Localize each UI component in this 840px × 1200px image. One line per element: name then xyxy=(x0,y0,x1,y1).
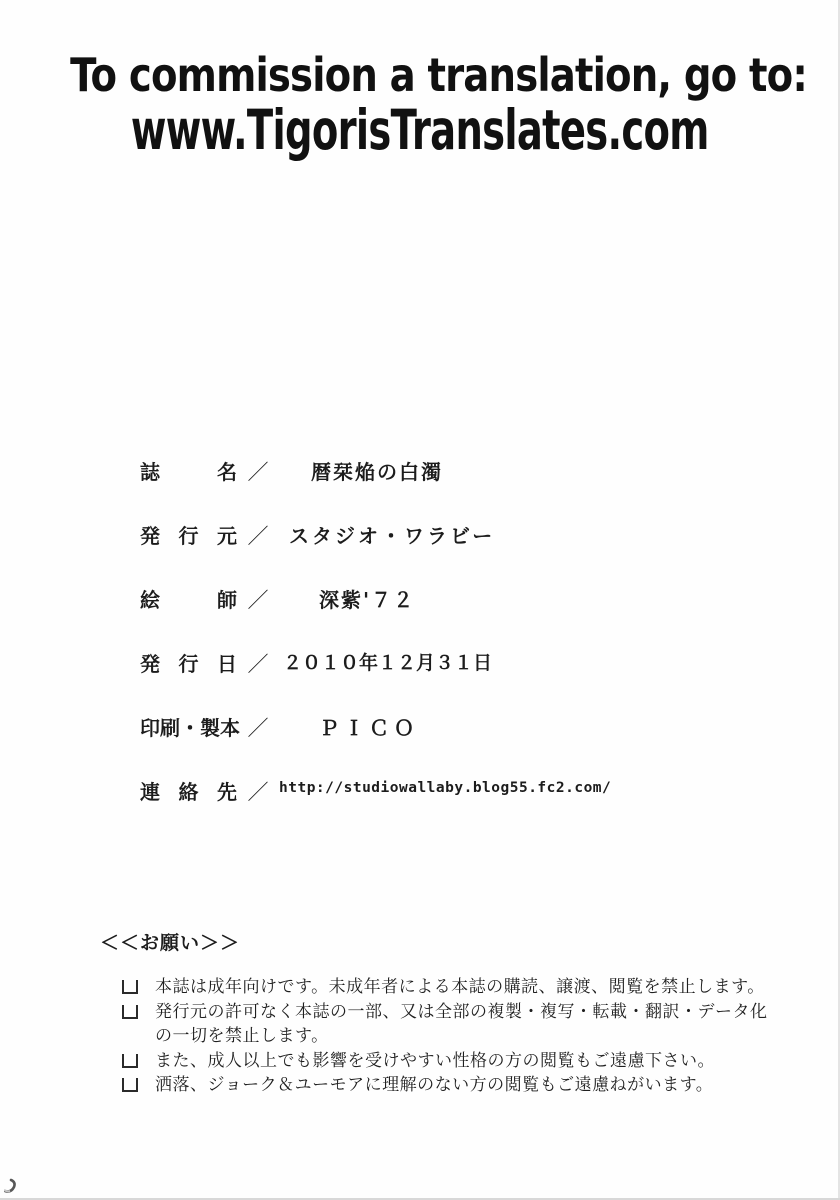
title-label: 誌名 xyxy=(140,456,237,485)
publisher-label: 発行元 xyxy=(140,520,237,549)
notice-section: ＜＜お願い＞＞ 本誌は成年向けです。未成年者による本誌の購読、譲渡、閲覧を禁止し… xyxy=(100,928,780,1098)
notice-item-text: また、成人以上でも影響を受けやすい性格の方の閲覧もご遠慮下さい。 xyxy=(155,1049,715,1074)
translation-commission-header: To commission a translation, go to: www.… xyxy=(0,52,840,159)
publisher-value: スタジオ・ワラビー xyxy=(289,520,495,549)
colophon-row-publisher: 発行元 ／ スタジオ・ワラビー xyxy=(140,520,611,548)
printer-label: 印刷・製本 xyxy=(140,712,237,741)
notice-heading: ＜＜お願い＞＞ xyxy=(100,928,780,955)
colophon-table: 誌名 ／ 暦栞焔の白濁 発行元 ／ スタジオ・ワラビー 絵師 ／ 深紫'７２ 発… xyxy=(140,456,611,840)
open-checkbox-icon xyxy=(122,980,138,994)
scan-artifact-mark xyxy=(4,1176,22,1196)
commission-text: To commission a translation, go to: xyxy=(70,52,807,100)
notice-item-text: 洒落、ジョーク＆ユーモアに理解のない方の閲覧もご遠慮ねがいます。 xyxy=(155,1073,713,1098)
colophon-row-artist: 絵師 ／ 深紫'７２ xyxy=(140,584,611,612)
notice-item-text: 発行元の許可なく本誌の一部、又は全部の複製・複写・転載・翻訳・データ化 xyxy=(155,1000,768,1025)
printer-value: ＰＩＣＯ xyxy=(319,712,419,741)
notice-item-text-continued: の一切を禁止します。 xyxy=(155,1024,768,1049)
notice-item-text: 本誌は成年向けです。未成年者による本誌の購読、譲渡、閲覧を禁止します。 xyxy=(155,975,765,1000)
open-checkbox-icon xyxy=(122,1054,138,1068)
contact-label: 連絡先 xyxy=(140,776,237,805)
title-value: 暦栞焔の白濁 xyxy=(311,456,443,485)
notice-item: 洒落、ジョーク＆ユーモアに理解のない方の閲覧もご遠慮ねがいます。 xyxy=(122,1073,780,1098)
notice-item: また、成人以上でも影響を受けやすい性格の方の閲覧もご遠慮下さい。 xyxy=(122,1049,780,1074)
separator-slash: ／ xyxy=(245,648,271,678)
contact-url-value: http://studiowallaby.blog55.fc2.com/ xyxy=(279,780,611,796)
separator-slash: ／ xyxy=(245,520,271,550)
notice-item: 発行元の許可なく本誌の一部、又は全部の複製・複写・転載・翻訳・データ化 の一切を… xyxy=(122,1000,780,1049)
colophon-row-date: 発行日 ／ ２０１０年１２月３１日 xyxy=(140,648,611,676)
colophon-row-title: 誌名 ／ 暦栞焔の白濁 xyxy=(140,456,611,484)
artist-value: 深紫'７２ xyxy=(319,584,415,613)
separator-slash: ／ xyxy=(245,456,271,486)
notice-item-list: 本誌は成年向けです。未成年者による本誌の購読、譲渡、閲覧を禁止します。 発行元の… xyxy=(100,975,780,1098)
artist-label: 絵師 xyxy=(140,584,237,613)
commission-url: www.TigorisTranslates.com xyxy=(131,102,709,159)
publish-date-value: ２０１０年１２月３１日 xyxy=(283,648,492,675)
publish-date-label: 発行日 xyxy=(140,648,237,677)
colophon-row-printer: 印刷・製本 ／ ＰＩＣＯ xyxy=(140,712,611,740)
open-checkbox-icon xyxy=(122,1005,138,1019)
separator-slash: ／ xyxy=(245,584,271,614)
notice-item: 本誌は成年向けです。未成年者による本誌の購読、譲渡、閲覧を禁止します。 xyxy=(122,975,780,1000)
separator-slash: ／ xyxy=(245,712,271,742)
open-checkbox-icon xyxy=(122,1078,138,1092)
separator-slash: ／ xyxy=(245,776,271,806)
colophon-row-contact: 連絡先 ／ http://studiowallaby.blog55.fc2.co… xyxy=(140,776,611,804)
